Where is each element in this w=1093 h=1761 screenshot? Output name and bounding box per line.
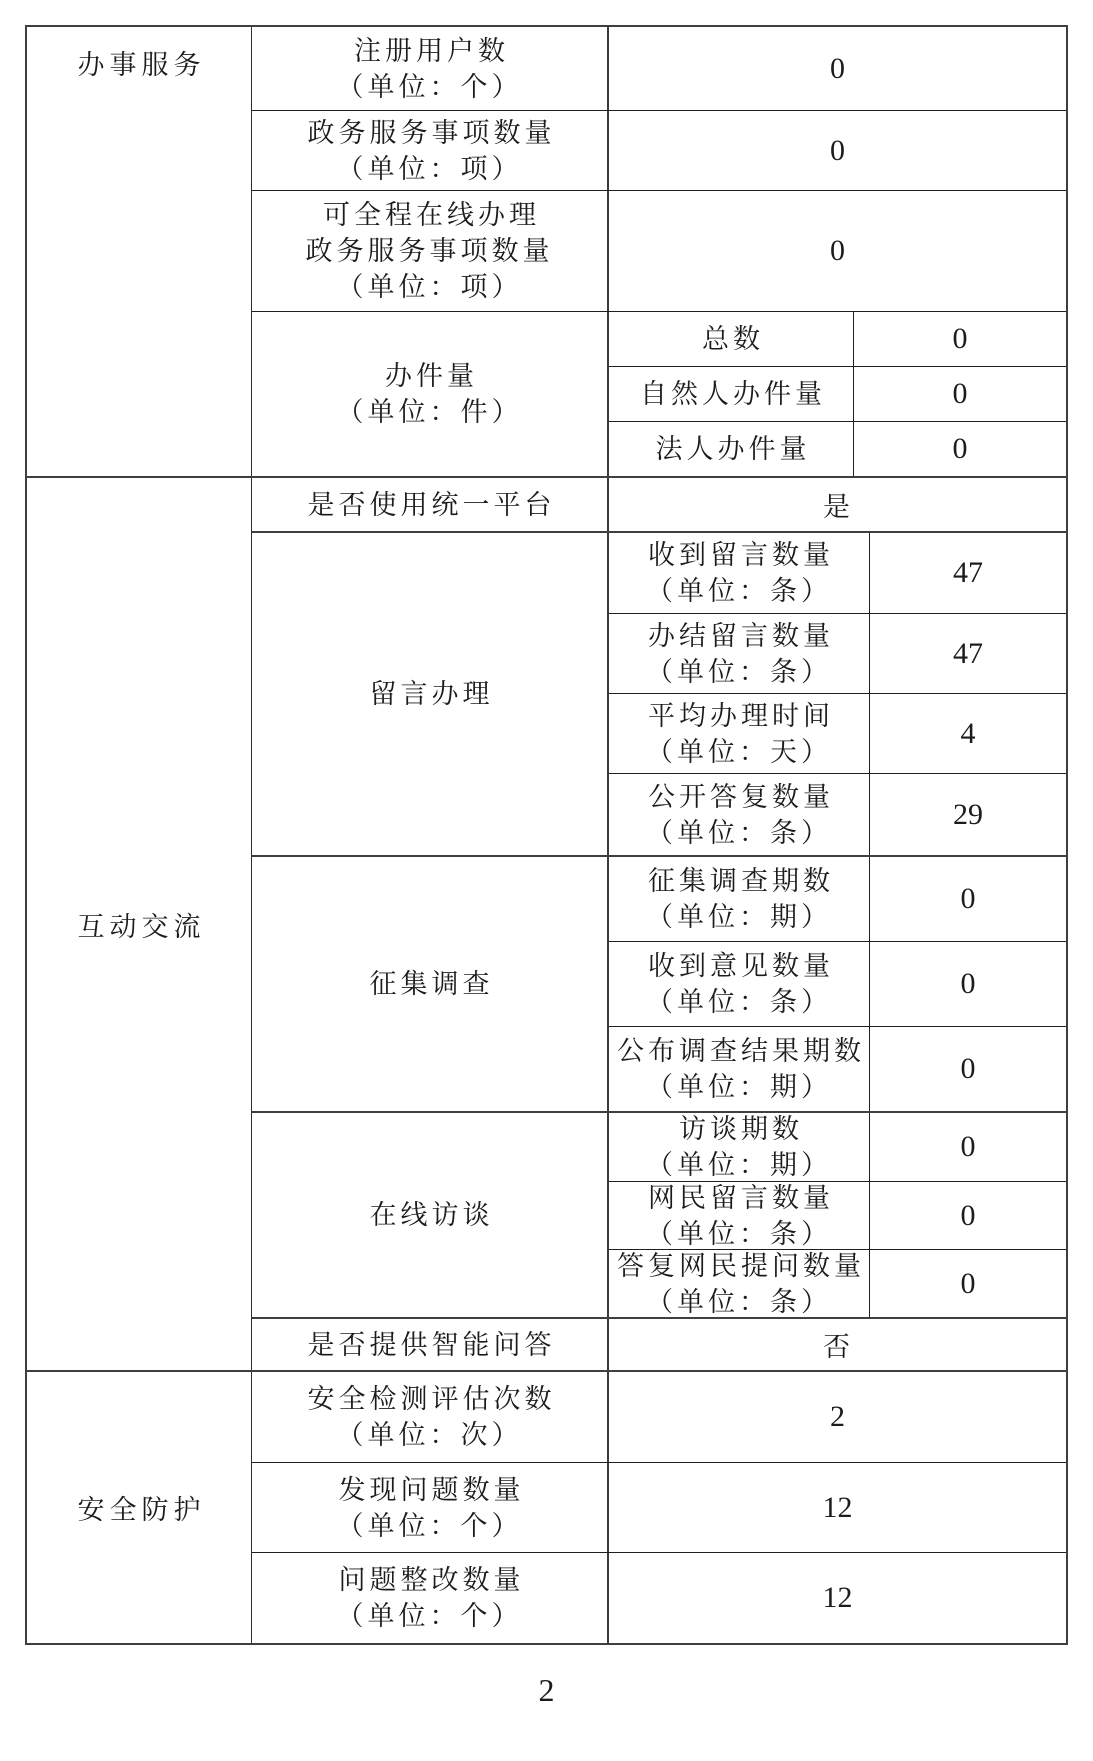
metric-value: 是 [609,478,1066,531]
table-subrow: 公布调查结果期数 （单位：期） 0 [609,1026,1066,1111]
sub-metric-value: 4 [870,694,1066,773]
metric-label: 注册用户数 （单位：个） [252,27,609,110]
sub-metric-label: 收到意见数量 （单位：条） [609,942,870,1026]
sub-metric-label: 法人办件量 [609,422,854,476]
table-subrow: 办结留言数量 （单位：条） 47 [609,613,1066,693]
section-interaction: 互动交流 是否使用统一平台 是 留言办理 收到留言数量 （单位：条） 47 办结… [27,476,1066,1370]
table-row: 注册用户数 （单位：个） 0 [252,27,1066,110]
metric-value: 0 [609,111,1066,190]
sub-metric-value: 0 [870,857,1066,941]
table-row: 问题整改数量 （单位：个） 12 [252,1552,1066,1643]
sub-metric-value: 47 [870,614,1066,693]
table-subrow: 访谈期数 （单位：期） 0 [609,1113,1066,1181]
sub-metric-value: 0 [870,942,1066,1026]
sub-metric-label: 公布调查结果期数 （单位：期） [609,1027,870,1111]
sub-metric-value: 0 [870,1182,1066,1249]
category-cell-service: 办事服务 [27,27,252,476]
table-subrow: 征集调查期数 （单位：期） 0 [609,857,1066,941]
sub-metric-label: 总数 [609,312,854,366]
metric-value: 2 [609,1372,1066,1462]
metric-label: 安全检测评估次数 （单位：次） [252,1372,609,1462]
sub-metric-label: 征集调查期数 （单位：期） [609,857,870,941]
sub-metric-value: 0 [854,312,1066,366]
sub-metric-label: 办结留言数量 （单位：条） [609,614,870,693]
table-subrow: 网民留言数量 （单位：条） 0 [609,1181,1066,1249]
sub-metric-label: 公开答复数量 （单位：条） [609,774,870,855]
annual-report-statistics-table: 办事服务 注册用户数 （单位：个） 0 政务服务事项数量 （单位：项） 0 可全… [25,25,1068,1645]
metric-value: 0 [609,191,1066,311]
sub-metric-label: 平均办理时间 （单位：天） [609,694,870,773]
table-subrow: 法人办件量 0 [609,421,1066,476]
section-security: 安全防护 安全检测评估次数 （单位：次） 2 发现问题数量 （单位：个） 12 … [27,1370,1066,1643]
metric-value: 12 [609,1463,1066,1552]
table-group-row-message-handling: 留言办理 收到留言数量 （单位：条） 47 办结留言数量 （单位：条） 47 平… [252,531,1066,855]
section-service-handling: 办事服务 注册用户数 （单位：个） 0 政务服务事项数量 （单位：项） 0 可全… [27,27,1066,476]
metric-label: 是否使用统一平台 [252,478,609,531]
sub-metric-value: 0 [870,1250,1066,1317]
table-row: 可全程在线办理 政务服务事项数量 （单位：项） 0 [252,190,1066,311]
table-row: 是否使用统一平台 是 [252,478,1066,531]
metric-label: 可全程在线办理 政务服务事项数量 （单位：项） [252,191,609,311]
sub-metric-label: 收到留言数量 （单位：条） [609,533,870,613]
table-group-row-surveys: 征集调查 征集调查期数 （单位：期） 0 收到意见数量 （单位：条） 0 公布调… [252,855,1066,1111]
metric-value: 否 [609,1319,1066,1370]
sub-metric-value: 0 [870,1027,1066,1111]
table-group-row-case-volume: 办件量 （单位：件） 总数 0 自然人办件量 0 法人办件量 0 [252,311,1066,476]
sub-metric-label: 答复网民提问数量 （单位：条） [609,1250,870,1317]
sub-metric-value: 29 [870,774,1066,855]
table-subrow: 公开答复数量 （单位：条） 29 [609,773,1066,855]
group-label: 在线访谈 [252,1113,609,1317]
table-subrow: 总数 0 [609,312,1066,366]
table-subrow: 答复网民提问数量 （单位：条） 0 [609,1249,1066,1317]
table-row: 政务服务事项数量 （单位：项） 0 [252,110,1066,190]
table-subrow: 自然人办件量 0 [609,366,1066,421]
sub-metric-value: 0 [854,367,1066,421]
metric-value: 12 [609,1553,1066,1643]
group-label: 征集调查 [252,857,609,1111]
page-number: 2 [25,1672,1068,1709]
table-group-row-online-interviews: 在线访谈 访谈期数 （单位：期） 0 网民留言数量 （单位：条） 0 答复网民提… [252,1111,1066,1317]
sub-metric-label: 自然人办件量 [609,367,854,421]
metric-label: 是否提供智能问答 [252,1319,609,1370]
table-subrow: 收到留言数量 （单位：条） 47 [609,533,1066,613]
metric-value: 0 [609,27,1066,110]
metric-label: 政务服务事项数量 （单位：项） [252,111,609,190]
sub-metric-label: 网民留言数量 （单位：条） [609,1182,870,1249]
table-subrow: 平均办理时间 （单位：天） 4 [609,693,1066,773]
group-label: 留言办理 [252,533,609,855]
sub-metric-value: 0 [854,422,1066,476]
table-subrow: 收到意见数量 （单位：条） 0 [609,941,1066,1026]
category-cell-security: 安全防护 [27,1372,252,1643]
category-cell-interaction: 互动交流 [27,478,252,1370]
table-row: 安全检测评估次数 （单位：次） 2 [252,1372,1066,1462]
table-row: 发现问题数量 （单位：个） 12 [252,1462,1066,1552]
table-row: 是否提供智能问答 否 [252,1317,1066,1370]
metric-label: 发现问题数量 （单位：个） [252,1463,609,1552]
metric-label: 问题整改数量 （单位：个） [252,1553,609,1643]
sub-metric-label: 访谈期数 （单位：期） [609,1113,870,1181]
sub-metric-value: 0 [870,1113,1066,1181]
group-label: 办件量 （单位：件） [252,312,609,476]
sub-metric-value: 47 [870,533,1066,613]
